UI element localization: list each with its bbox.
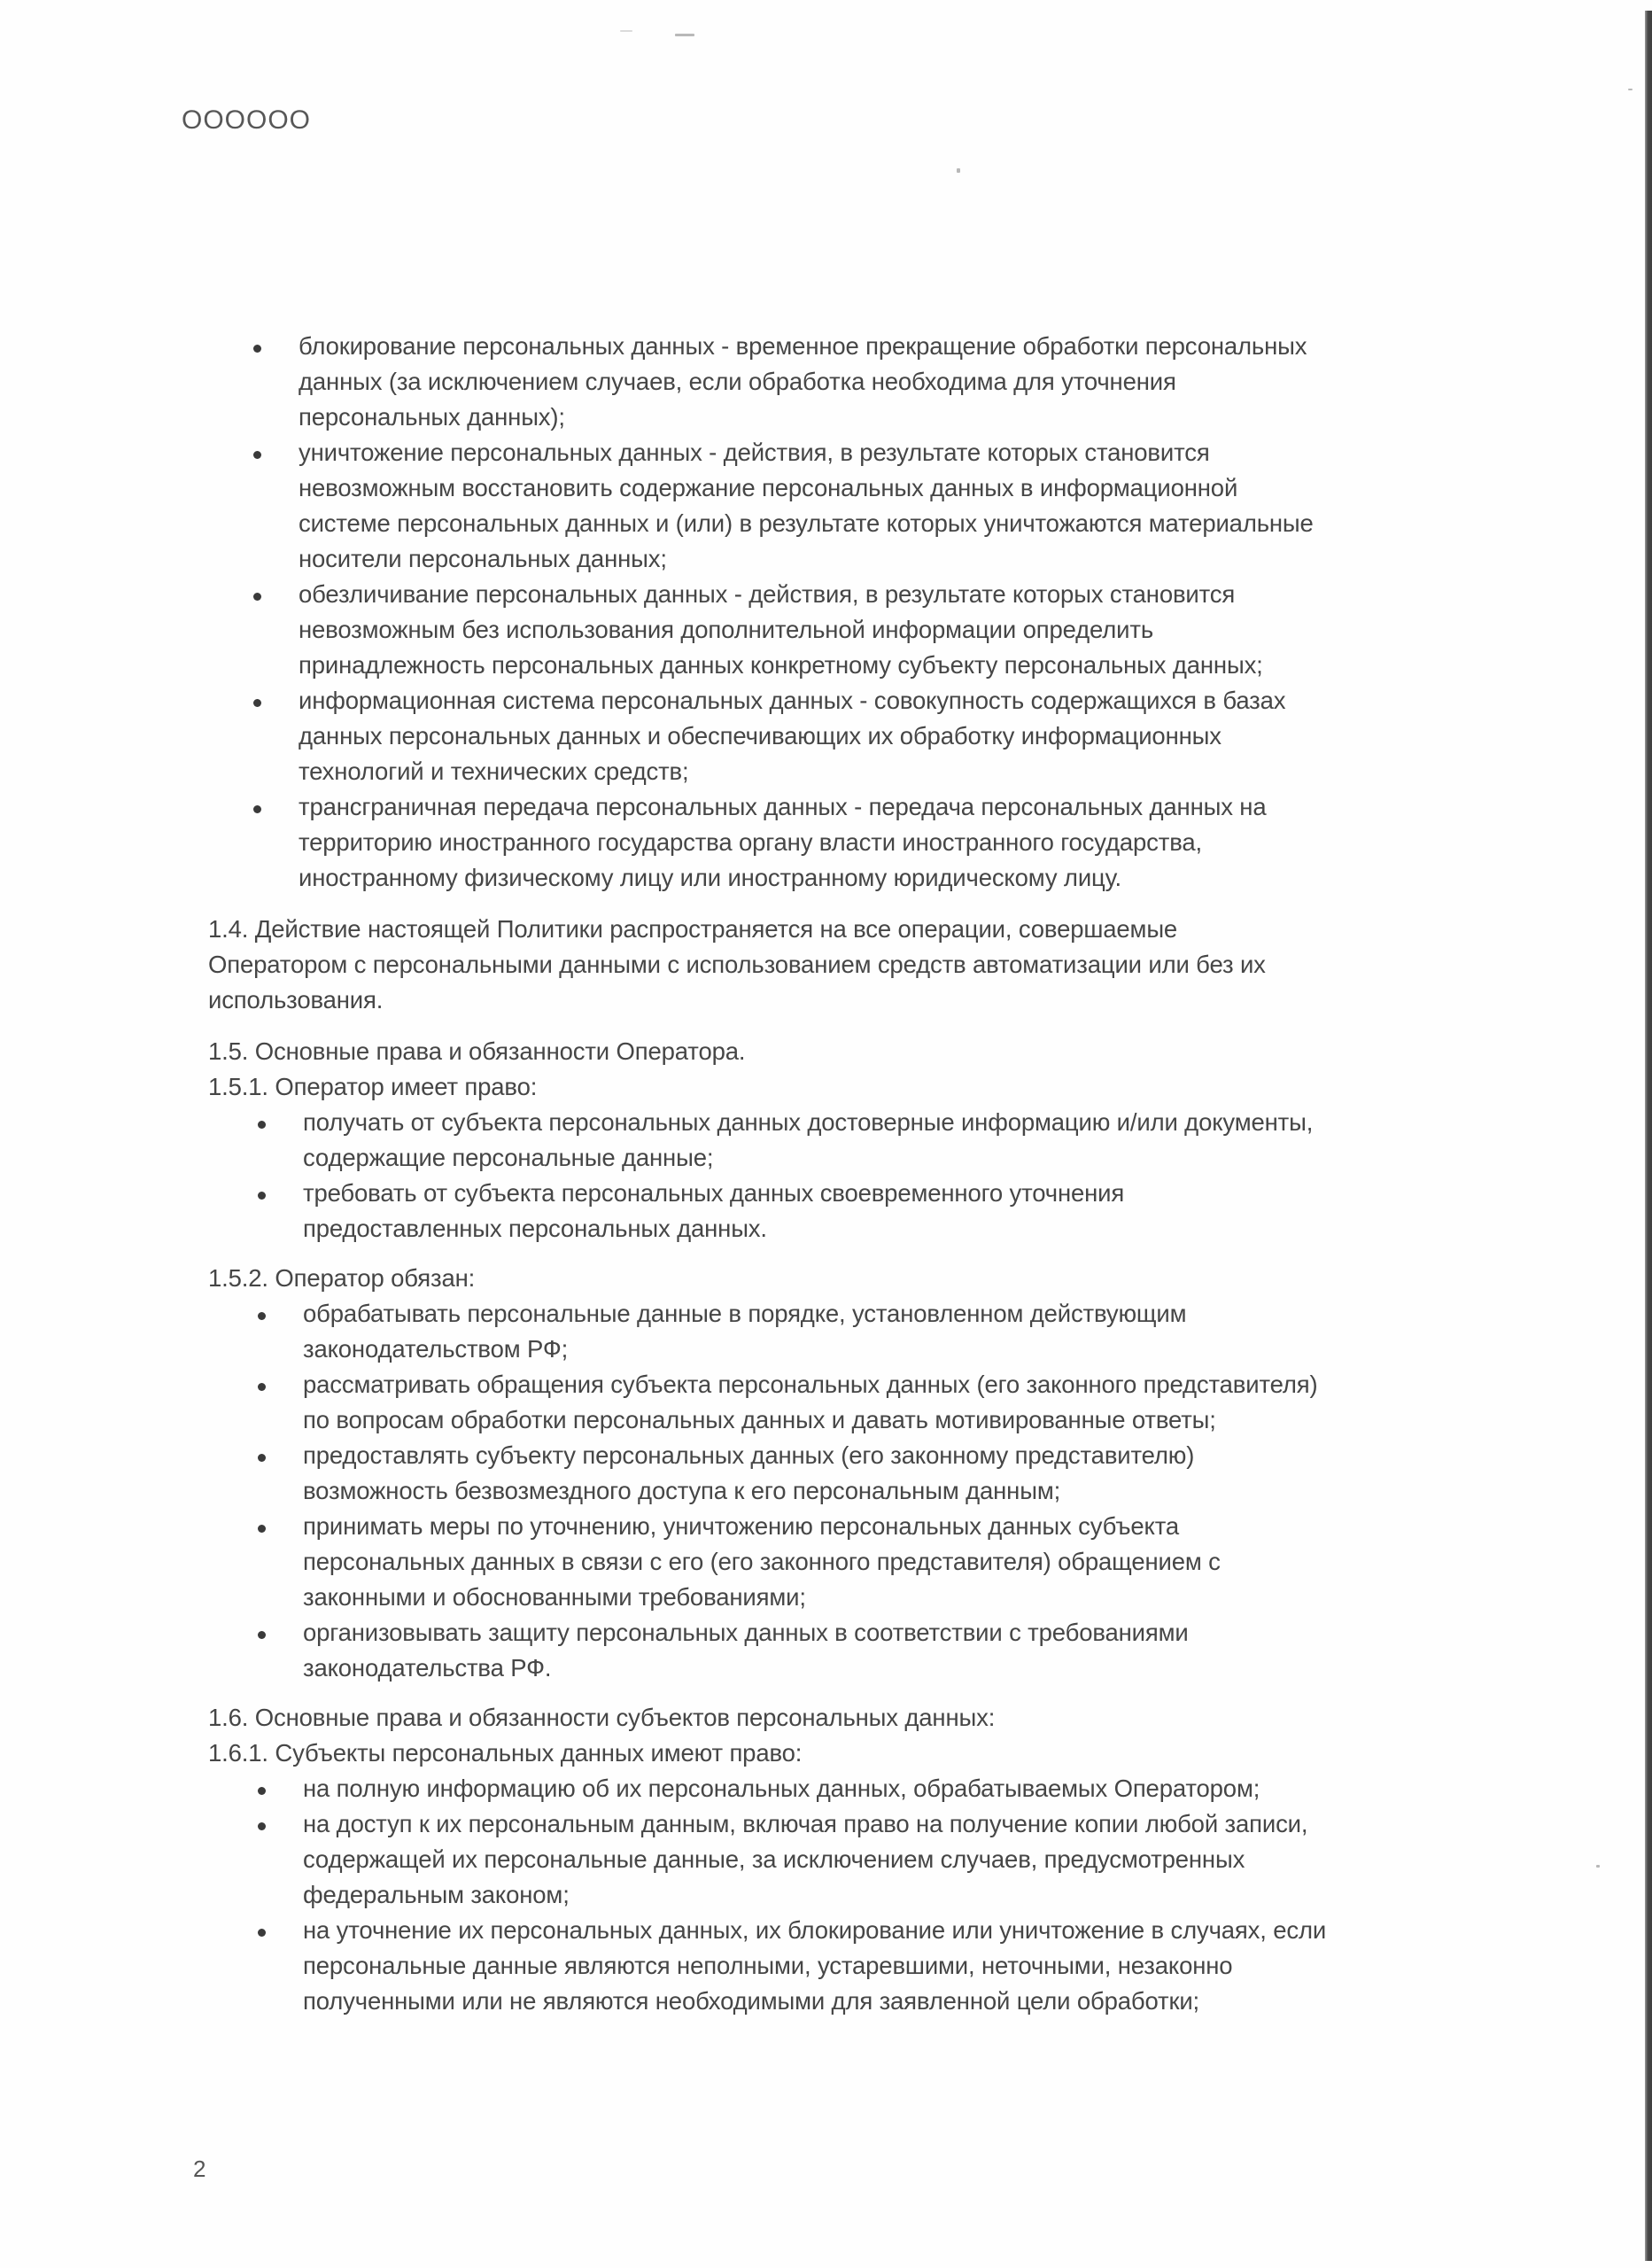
document-page: OOOOOO блокирование персональных данных … — [0, 0, 1652, 2268]
list-item-line: организовывать защиту персональных данны… — [303, 1615, 1519, 1651]
list-item-line: носители персональных данных; — [299, 541, 1519, 577]
list-item-line: требовать от субъекта персональных данны… — [303, 1176, 1519, 1211]
list-item-line: персональных данных в связи с его (его з… — [303, 1544, 1519, 1580]
list-item-line: данных персональных данных и обеспечиваю… — [299, 718, 1519, 754]
list-item: обрабатывать персональные данные в поряд… — [208, 1296, 1519, 1367]
spacer — [208, 1018, 1519, 1034]
list-item: получать от субъекта персональных данных… — [208, 1105, 1519, 1176]
scan-edge-shadow — [1645, 11, 1652, 2261]
list-item-line: рассматривать обращения субъекта персона… — [303, 1367, 1519, 1402]
scan-speck — [957, 168, 960, 173]
list-item: уничтожение персональных данных - действ… — [208, 435, 1519, 577]
list-item: на уточнение их персональных данных, их … — [208, 1913, 1519, 2019]
bullet-icon — [258, 1192, 266, 1200]
list-item: на доступ к их персональным данным, вклю… — [208, 1806, 1519, 1913]
list-item: предоставлять субъекту персональных данн… — [208, 1438, 1519, 1509]
document-header-code: OOOOOO — [182, 105, 311, 136]
bullet-icon — [253, 451, 261, 459]
list-item: трансграничная передача персональных дан… — [208, 789, 1519, 896]
list-item: принимать меры по уточнению, уничтожению… — [208, 1509, 1519, 1615]
paragraph-line: Оператором с персональными данными с исп… — [208, 947, 1519, 983]
bullet-icon — [253, 805, 261, 813]
operator-rights-list: получать от субъекта персональных данных… — [208, 1105, 1519, 1247]
scan-speck — [620, 30, 632, 32]
bullet-icon — [253, 699, 261, 707]
list-item-line: принимать меры по уточнению, уничтожению… — [303, 1509, 1519, 1544]
scan-speck — [1628, 89, 1633, 90]
bullet-icon — [258, 1929, 266, 1937]
bullet-icon — [258, 1822, 266, 1830]
list-item-line: блокирование персональных данных - време… — [299, 329, 1519, 364]
section-1-6-title: 1.6. Основные права и обязанности субъек… — [208, 1700, 1519, 1736]
list-item: блокирование персональных данных - време… — [208, 329, 1519, 435]
list-item-line: персональных данных); — [299, 400, 1519, 435]
list-item-line: на доступ к их персональным данным, вклю… — [303, 1806, 1519, 1842]
paragraph-line: 1.4. Действие настоящей Политики распрос… — [208, 912, 1519, 947]
bullet-icon — [258, 1383, 266, 1391]
section-1-6-1-title: 1.6.1. Субъекты персональных данных имею… — [208, 1736, 1519, 1771]
list-item-line: получать от субъекта персональных данных… — [303, 1105, 1519, 1140]
list-item-line: невозможным без использования дополнител… — [299, 612, 1519, 648]
list-item-line: технологий и технических средств; — [299, 754, 1519, 789]
bullet-icon — [253, 593, 261, 601]
list-item-line: обрабатывать персональные данные в поряд… — [303, 1296, 1519, 1332]
list-item-line: информационная система персональных данн… — [299, 683, 1519, 718]
scan-speck — [1596, 1865, 1600, 1868]
bullet-icon — [258, 1312, 266, 1320]
bullet-icon — [258, 1787, 266, 1795]
bullet-icon — [258, 1631, 266, 1639]
list-item: организовывать защиту персональных данны… — [208, 1615, 1519, 1686]
list-item-line: законодательства РФ. — [303, 1651, 1519, 1686]
list-item-line: полученными или не являются необходимыми… — [303, 1984, 1519, 2019]
bullet-icon — [258, 1454, 266, 1462]
list-item-line: иностранному физическому лицу или иностр… — [299, 860, 1519, 896]
document-body: блокирование персональных данных - време… — [208, 329, 1519, 2019]
list-item-line: данных (за исключением случаев, если обр… — [299, 364, 1519, 400]
paragraph-1-4: 1.4. Действие настоящей Политики распрос… — [208, 912, 1519, 1018]
list-item-line: системе персональных данных и (или) в ре… — [299, 506, 1519, 541]
list-item-line: федеральным законом; — [303, 1877, 1519, 1913]
list-item-line: на уточнение их персональных данных, их … — [303, 1913, 1519, 1948]
spacer — [208, 1686, 1519, 1700]
list-item-line: невозможным восстановить содержание перс… — [299, 470, 1519, 506]
spacer — [208, 896, 1519, 912]
scan-speck — [675, 34, 694, 36]
subject-rights-list: на полную информацию об их персональных … — [208, 1771, 1519, 2019]
spacer — [208, 1247, 1519, 1261]
list-item-line: уничтожение персональных данных - действ… — [299, 435, 1519, 470]
list-item-line: законодательством РФ; — [303, 1332, 1519, 1367]
list-item-line: содержащие персональные данные; — [303, 1140, 1519, 1176]
list-item: рассматривать обращения субъекта персона… — [208, 1367, 1519, 1438]
list-item: требовать от субъекта персональных данны… — [208, 1176, 1519, 1247]
list-item-line: предоставлять субъекту персональных данн… — [303, 1438, 1519, 1473]
list-item-line: на полную информацию об их персональных … — [303, 1771, 1519, 1806]
bullet-icon — [258, 1525, 266, 1533]
list-item-line: предоставленных персональных данных. — [303, 1211, 1519, 1247]
list-item-line: трансграничная передача персональных дан… — [299, 789, 1519, 825]
list-item-line: обезличивание персональных данных - дейс… — [299, 577, 1519, 612]
page-number: 2 — [193, 2155, 206, 2183]
list-item: информационная система персональных данн… — [208, 683, 1519, 789]
list-item-line: законными и обоснованными требованиями; — [303, 1580, 1519, 1615]
list-item-line: возможность безвозмездного доступа к его… — [303, 1473, 1519, 1509]
list-item-line: территорию иностранного государства орга… — [299, 825, 1519, 860]
list-item-line: по вопросам обработки персональных данны… — [303, 1402, 1519, 1438]
list-item: на полную информацию об их персональных … — [208, 1771, 1519, 1806]
operator-obligations-list: обрабатывать персональные данные в поряд… — [208, 1296, 1519, 1686]
paragraph-line: использования. — [208, 983, 1519, 1018]
bullet-icon — [258, 1121, 266, 1129]
section-1-5-1-title: 1.5.1. Оператор имеет право: — [208, 1069, 1519, 1105]
list-item: обезличивание персональных данных - дейс… — [208, 577, 1519, 683]
bullet-icon — [253, 345, 261, 353]
list-item-line: содержащей их персональные данные, за ис… — [303, 1842, 1519, 1877]
section-1-5-2-title: 1.5.2. Оператор обязан: — [208, 1261, 1519, 1296]
list-item-line: персональные данные являются неполными, … — [303, 1948, 1519, 1984]
section-1-5-title: 1.5. Основные права и обязанности Операт… — [208, 1034, 1519, 1069]
definitions-list: блокирование персональных данных - време… — [208, 329, 1519, 896]
list-item-line: принадлежность персональных данных конкр… — [299, 648, 1519, 683]
